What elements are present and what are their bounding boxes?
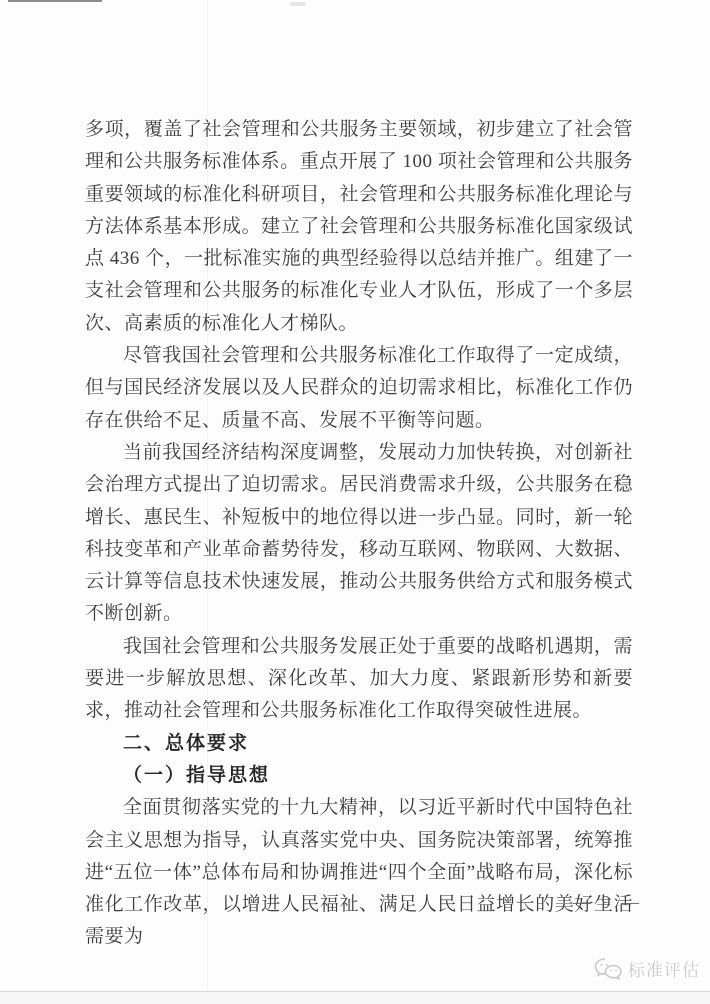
- subsection-heading-guiding-ideology: （一）指导思想: [85, 760, 633, 792]
- section-heading-overall-requirements: 二、总体要求: [85, 728, 633, 760]
- paragraph-strategic-opportunity: 我国社会管理和公共服务发展正处于重要的战略机遇期，需要进一步解放思想、深化改革、…: [85, 631, 633, 728]
- wechat-icon: [594, 957, 624, 981]
- page-number: — 9 —: [573, 892, 642, 913]
- scan-artifact-dot: [290, 2, 306, 6]
- watermark: 标准评估: [594, 956, 700, 981]
- document-body: 多项，覆盖了社会管理和公共服务主要领域，初步建立了社会管理和公共服务标准体系。重…: [85, 114, 633, 954]
- watermark-label: 标准评估: [628, 956, 700, 981]
- paragraph-existing-problems: 尽管我国社会管理和公共服务标准化工作取得了一定成绩，但与国民经济发展以及人民群众…: [85, 340, 633, 437]
- paragraph-standardization-achievements: 多项，覆盖了社会管理和公共服务主要领域，初步建立了社会管理和公共服务标准体系。重…: [85, 114, 633, 340]
- scan-artifact-top-edge: [8, 0, 102, 2]
- document-page: 多项，覆盖了社会管理和公共服务主要领域，初步建立了社会管理和公共服务标准体系。重…: [0, 0, 710, 1004]
- paragraph-economic-context: 当前我国经济结构深度调整，发展动力加快转换，对创新社会治理方式提出了迫切需求。居…: [85, 437, 633, 631]
- paragraph-guiding-ideology-body: 全面贯彻落实党的十九大精神，以习近平新时代中国特色社会主义思想为指导，认真落实党…: [85, 792, 633, 953]
- scan-artifact-bottom-strip: [0, 992, 710, 1004]
